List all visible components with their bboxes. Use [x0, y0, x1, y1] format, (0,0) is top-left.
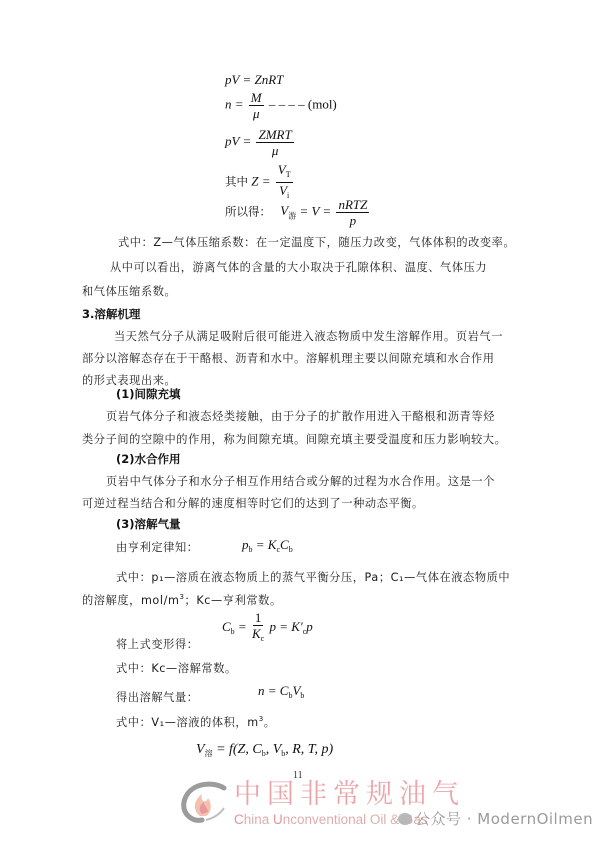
- section3-line2: 部分以溶解态存在于干酪根、沥青和水中。溶解机理主要以间隙充填和水合作用: [82, 350, 495, 366]
- var: = f(Z, C: [216, 742, 262, 757]
- formula-lhs: pV =: [225, 133, 251, 148]
- fraction: 1 Kc: [252, 610, 264, 646]
- formula-dissolved-gas: n = CbVb: [258, 683, 304, 700]
- formula-text: pV = ZnRT: [225, 72, 283, 87]
- subscript: b: [300, 691, 304, 700]
- var: n = C: [258, 683, 288, 698]
- var: C: [222, 619, 231, 634]
- transform-label: 将上式变形得：: [116, 636, 199, 652]
- subsection-heading-hydration: (2)水合作用: [116, 451, 181, 467]
- var: , V: [266, 742, 282, 757]
- account-text: 公众号 · ModernOilmen: [415, 810, 593, 828]
- fraction: nRTZ p: [336, 197, 369, 228]
- subscript: c: [261, 634, 265, 643]
- dissolution-constant-def: 式中：Kc—溶解常数。: [116, 660, 237, 676]
- henry-law-label: 由亨利定律知：: [116, 539, 199, 555]
- numerator: M: [249, 90, 264, 106]
- denominator: Kc: [252, 626, 264, 646]
- formula-transform: Cb = 1 Kc p = K′cp: [222, 610, 313, 646]
- numerator: 1: [253, 610, 264, 626]
- subscript: 溶: [205, 749, 213, 758]
- flame-swoosh-icon: [180, 778, 230, 826]
- formula-prefix: 其中: [225, 174, 248, 188]
- formula-prefix: 所以得：: [225, 204, 271, 218]
- formula-lhs: V: [280, 203, 288, 218]
- subscript: b: [231, 627, 235, 636]
- text: C: [234, 812, 244, 827]
- paragraph-conclusion-line2: 和气体压缩系数。: [82, 283, 176, 299]
- var: K: [252, 626, 261, 641]
- numerator: ZMRT: [256, 127, 293, 143]
- sub1-line1: 页岩气体分子和液态烃类接触，由于分子的扩散作用进入干酪根和沥青等烃: [106, 408, 495, 424]
- wechat-icon: [398, 813, 412, 825]
- henry-def-line1: 式中：p₁—溶质在液态物质上的蒸气平衡分压，Pa；C₁—气体在液态物质中: [116, 569, 510, 585]
- formula-moles: n = M μ – – – – (mol): [225, 90, 337, 121]
- sub2-line1: 页岩中气体分子和水分子相互作用结合或分解的过程为水合作用。这是一个: [106, 473, 495, 489]
- text: 。: [264, 716, 276, 729]
- subscript: T: [286, 170, 291, 179]
- sub1-line2: 类分子间的空隙中的作用，称为间隙充填。间隙充填主要受温度和压力影响较大。: [82, 431, 506, 447]
- solution-volume-def: 式中：V₁—溶液的体积，m3。: [116, 714, 276, 730]
- subsection-heading-dissolved-gas: (3)溶解气量: [116, 516, 181, 532]
- section3-line1: 当天然气分子从满足吸附后很可能进入液态物质中发生溶解作用。页岩气一: [114, 328, 503, 344]
- fraction: ZMRT μ: [256, 127, 293, 158]
- var: = K: [256, 537, 277, 552]
- formula-lhs: n =: [225, 96, 244, 111]
- paragraph-conclusion-line1: 从中可以看出，游离气体的含量的大小取决于孔隙体积、温度、气体压力: [110, 259, 487, 275]
- formula-ideal-gas: pV = ZnRT: [225, 72, 283, 88]
- equals: =: [238, 619, 247, 634]
- formula-mid: = V =: [299, 203, 331, 218]
- denominator: μ: [253, 106, 260, 121]
- fraction: M μ: [249, 90, 264, 121]
- denominator: p: [350, 213, 357, 228]
- sub2-line2: 可逆过程当结合和分解的速度相等时它们的达到了一种动态平衡。: [82, 495, 424, 511]
- formula-lhs: Z =: [251, 173, 270, 188]
- henry-def-line2: 的溶解度，mol/m3；Kc—亨利常数。: [82, 592, 282, 608]
- var: V: [279, 183, 287, 198]
- subscript: b: [249, 545, 253, 554]
- numerator: VT: [276, 162, 293, 183]
- wechat-account-watermark: 公众号 · ModernOilmen: [398, 808, 593, 829]
- watermark-title-cn: 中国非常规油气: [234, 772, 465, 811]
- formula-pv-zmrt: pV = ZMRT μ: [225, 127, 296, 158]
- var: p: [306, 619, 313, 634]
- text: 的溶解度，mol/m: [82, 594, 179, 607]
- var: V: [196, 742, 205, 757]
- section-heading-dissolution: 3.溶解机理: [82, 306, 140, 322]
- var: C: [280, 537, 289, 552]
- subscript: 游: [288, 211, 296, 220]
- var: p = K′: [269, 619, 302, 634]
- formula-henry-law: pb = KcCb: [242, 537, 293, 554]
- denominator: μ: [272, 143, 279, 158]
- formula-free-gas: 所以得： V游 = V = nRTZ p: [225, 197, 371, 228]
- text: ；Kc—亨利常数。: [185, 594, 282, 607]
- numerator: nRTZ: [336, 197, 369, 213]
- watermark-logo-icon: [180, 778, 230, 826]
- var: , R, T, p): [285, 742, 333, 757]
- subsection-heading-gap-filling: (1)间隙充填: [116, 386, 181, 402]
- formula-dissolved-volume: V溶 = f(Z, Cb, Vb, R, T, p): [196, 742, 333, 759]
- text: hina: [244, 812, 273, 827]
- var: V: [278, 162, 286, 177]
- paragraph-z-definition: 式中：Z—气体压缩系数：在一定温度下，随压力改变，气体体积的改变率。: [118, 234, 515, 250]
- subscript: b: [289, 545, 293, 554]
- text: 式中：V₁—溶液的体积，m: [116, 716, 259, 729]
- text: U: [273, 812, 283, 827]
- formula-tail: – – – – (mol): [269, 96, 337, 111]
- dissolved-gas-label: 得出溶解气量：: [116, 689, 199, 705]
